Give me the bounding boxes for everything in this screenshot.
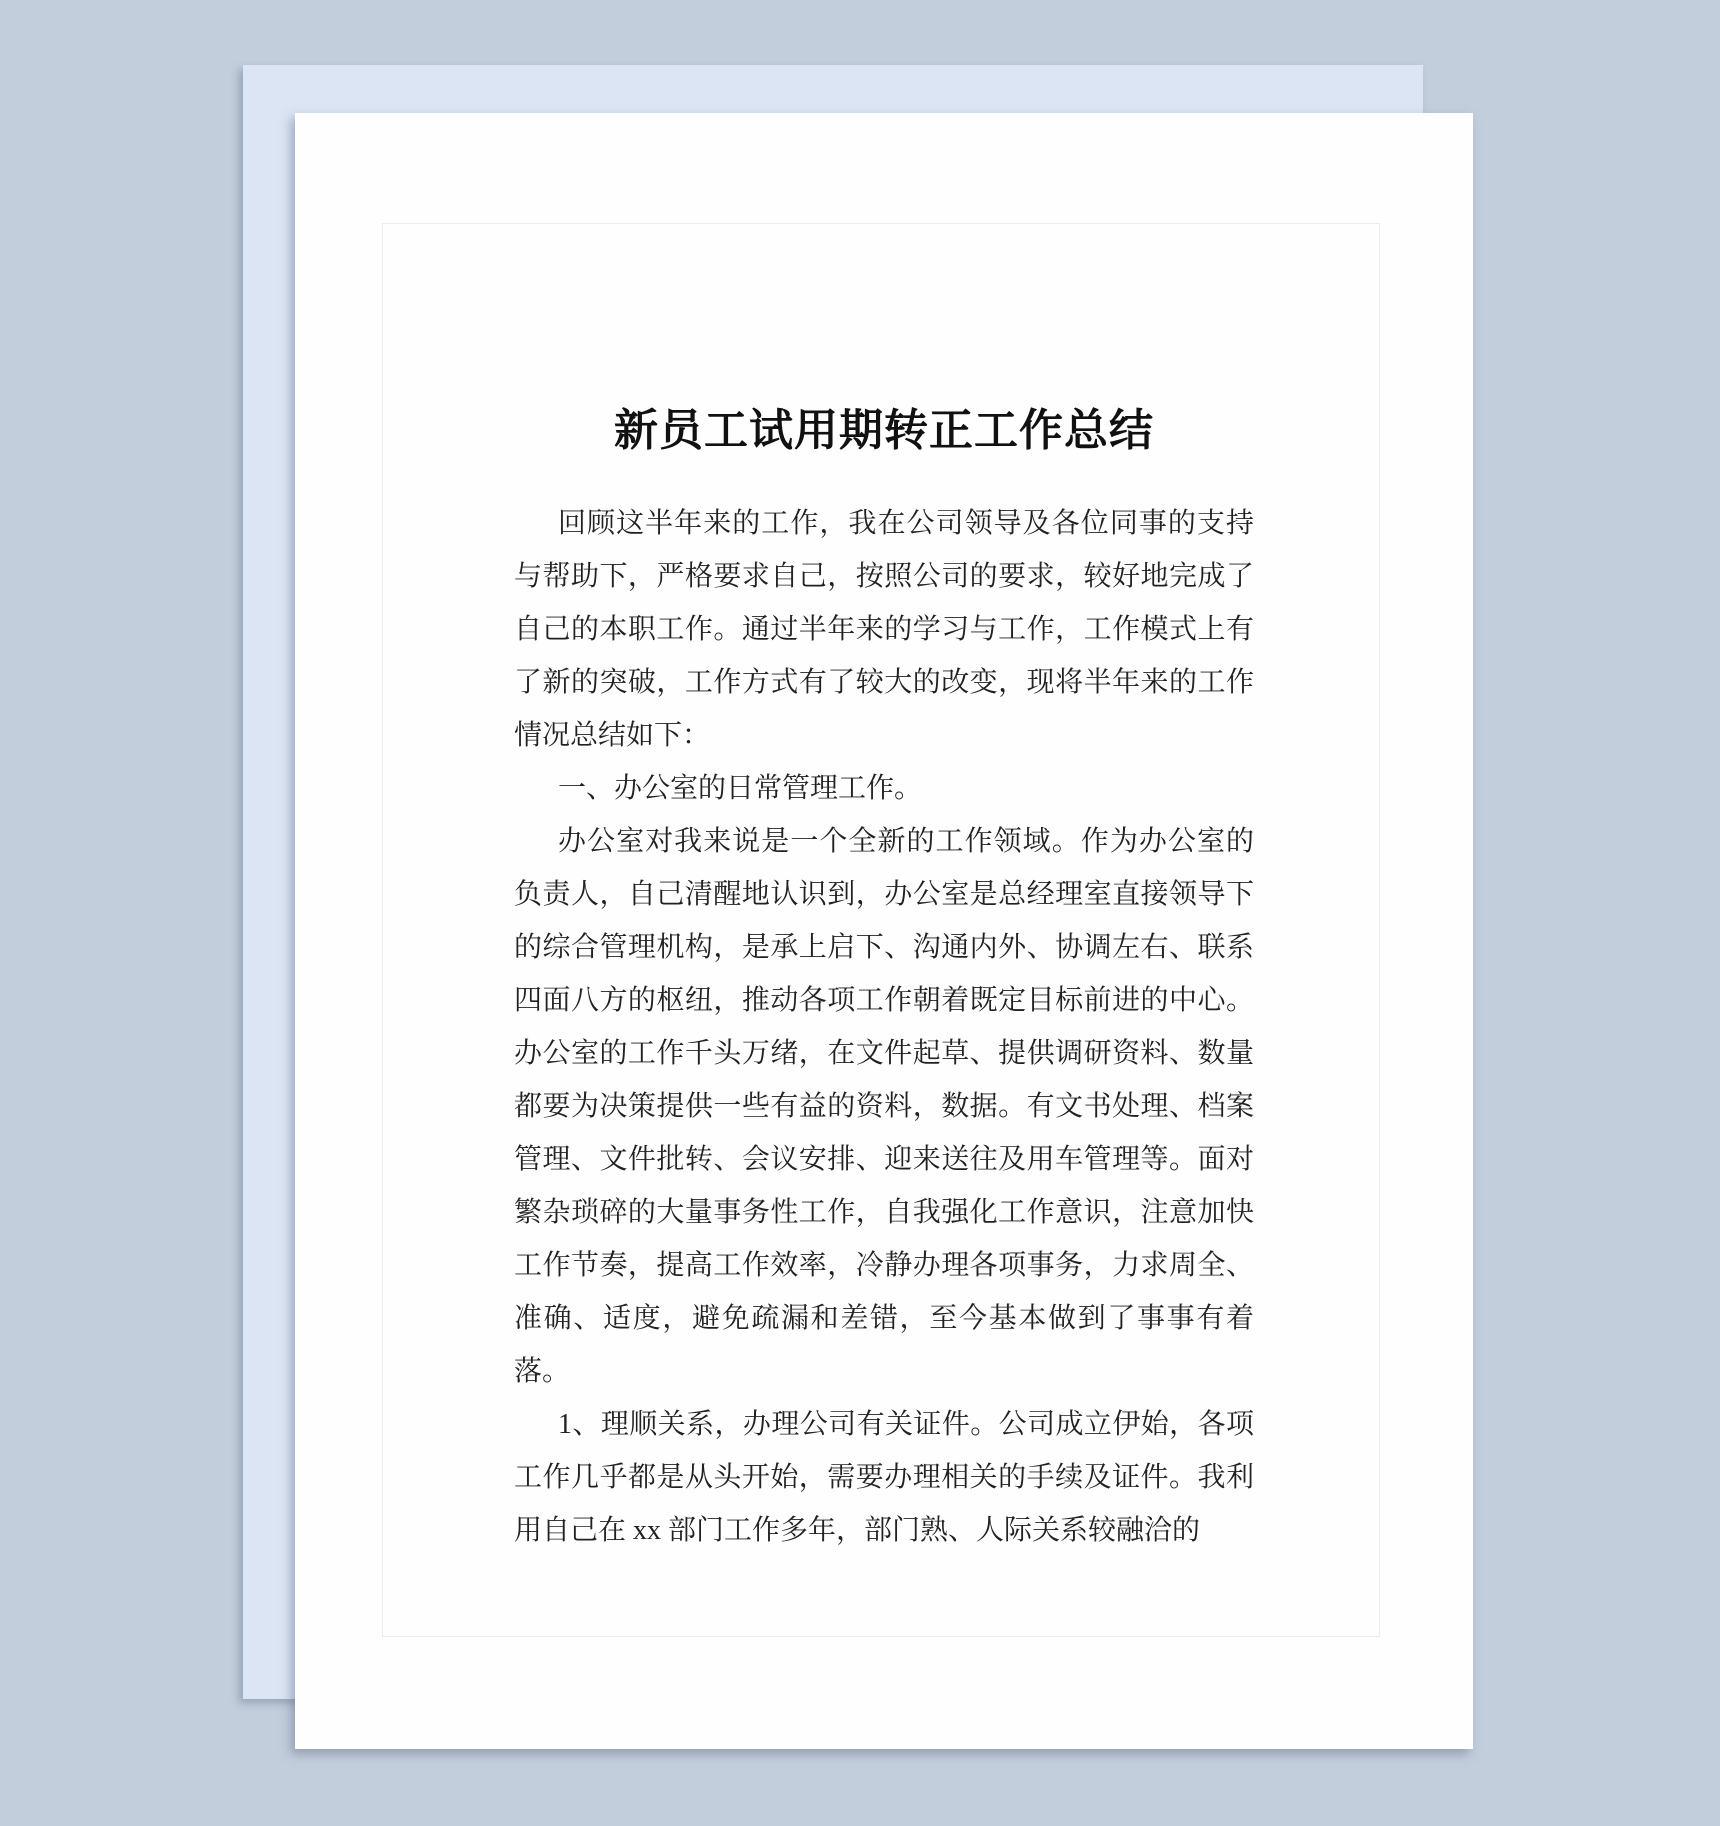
preview-background: 新员工试用期转正工作总结 回顾这半年来的工作，我在公司领导及各位同事的支持与帮助… (0, 0, 1720, 1826)
paragraph-intro: 回顾这半年来的工作，我在公司领导及各位同事的支持与帮助下，严格要求自己，按照公司… (514, 497, 1254, 762)
paragraph-office-management: 办公室对我来说是一个全新的工作领域。作为办公室的负责人，自己清醒地认识到，办公室… (514, 815, 1254, 1398)
document-title: 新员工试用期转正工作总结 (295, 406, 1473, 456)
paragraph-item-1: 1、理顺关系，办理公司有关证件。公司成立伊始，各项工作几乎都是从头开始，需要办理… (514, 1398, 1254, 1557)
document-page: 新员工试用期转正工作总结 回顾这半年来的工作，我在公司领导及各位同事的支持与帮助… (295, 113, 1473, 1749)
document-body: 回顾这半年来的工作，我在公司领导及各位同事的支持与帮助下，严格要求自己，按照公司… (514, 497, 1254, 1557)
paragraph-section-heading: 一、办公室的日常管理工作。 (514, 762, 1254, 815)
